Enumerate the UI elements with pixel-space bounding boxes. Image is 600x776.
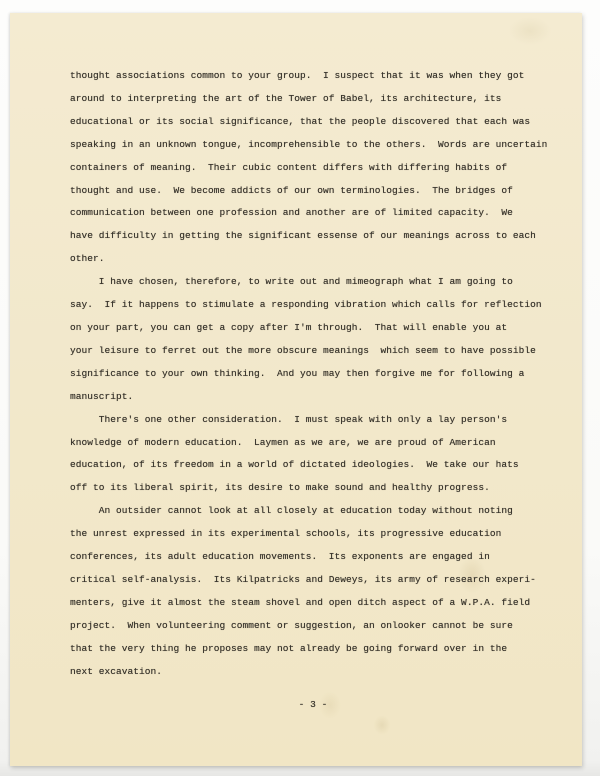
text-line: There's one other consideration. I must … (70, 409, 556, 432)
paragraph: I have chosen, therefore, to write out a… (70, 271, 556, 408)
typewritten-text: thought associations common to your grou… (70, 65, 556, 717)
text-line: other. (70, 248, 556, 271)
text-line: next excavation. (70, 661, 556, 684)
text-line: speaking in an unknown tongue, incompreh… (70, 134, 556, 157)
text-line: your leisure to ferret out the more obsc… (70, 340, 556, 363)
text-line: around to interpreting the art of the To… (70, 88, 556, 111)
text-line: the unrest expressed in its experimental… (70, 523, 556, 546)
text-line: thought and use. We become addicts of ou… (70, 180, 556, 203)
paragraph: There's one other consideration. I must … (70, 409, 556, 501)
text-line: project. When volunteering comment or su… (70, 615, 556, 638)
scanned-page: thought associations common to your grou… (10, 13, 582, 766)
text-line: educational or its social significance, … (70, 111, 556, 134)
text-line: communication between one profession and… (70, 202, 556, 225)
text-line: An outsider cannot look at all closely a… (70, 500, 556, 523)
text-line: containers of meaning. Their cubic conte… (70, 157, 556, 180)
text-line: menters, give it almost the steam shovel… (70, 592, 556, 615)
text-line: say. If it happens to stimulate a respon… (70, 294, 556, 317)
text-line: knowledge of modern education. Laymen as… (70, 432, 556, 455)
text-line: manuscript. (70, 386, 556, 409)
text-line: on your part, you can get a copy after I… (70, 317, 556, 340)
text-line: education, of its freedom in a world of … (70, 454, 556, 477)
text-line: I have chosen, therefore, to write out a… (70, 271, 556, 294)
text-line: that the very thing he proposes may not … (70, 638, 556, 661)
text-line: thought associations common to your grou… (70, 65, 556, 88)
text-line: off to its liberal spirit, its desire to… (70, 477, 556, 500)
paragraph: An outsider cannot look at all closely a… (70, 500, 556, 683)
page-number: - 3 - (70, 694, 556, 717)
scan-background: thought associations common to your grou… (0, 0, 600, 776)
text-line: critical self-analysis. Its Kilpatricks … (70, 569, 556, 592)
text-line: conferences, its adult education movemen… (70, 546, 556, 569)
paragraph: thought associations common to your grou… (70, 65, 556, 271)
text-line: significance to your own thinking. And y… (70, 363, 556, 386)
text-line: have difficulty in getting the significa… (70, 225, 556, 248)
